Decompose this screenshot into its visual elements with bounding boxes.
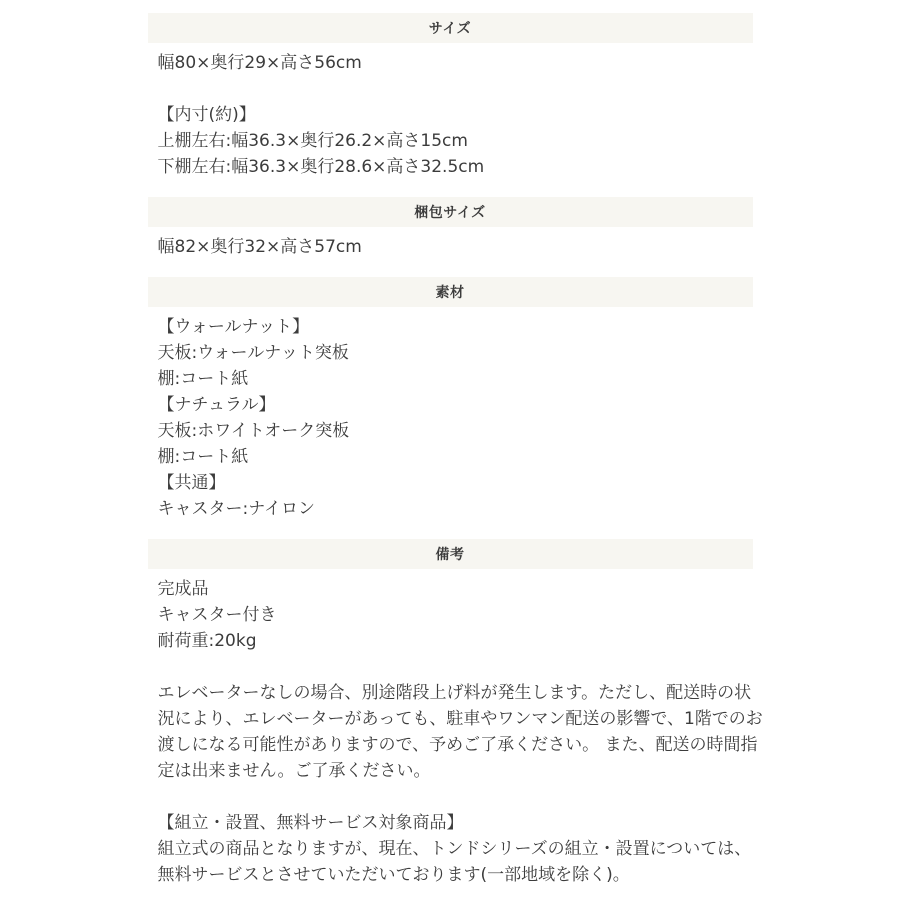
spec-line: 【共通】 (158, 470, 751, 496)
spec-line: エレベーターなしの場合、別途階段上げ料が発生します。ただし、配送時の状 (158, 680, 751, 706)
section-header-size: サイズ (148, 13, 753, 43)
section-package-size: 梱包サイズ 幅82×奥行32×高さ57cm (148, 197, 753, 260)
section-size: サイズ 幅80×奥行29×高さ56cm 【内寸(約)】 上棚左右:幅36.3×奥… (148, 13, 753, 180)
spec-line: 棚:コート紙 (158, 366, 751, 392)
spec-line: 耐荷重:20kg (158, 628, 751, 654)
section-title-notes: 備考 (436, 544, 465, 564)
spec-line: 完成品 (158, 576, 751, 602)
spec-line: キャスター:ナイロン (158, 496, 751, 522)
section-header-material: 素材 (148, 277, 753, 307)
section-header-package-size: 梱包サイズ (148, 197, 753, 227)
spec-line: 【組立・設置、無料サービス対象商品】 (158, 810, 751, 836)
spec-line: 上棚左右:幅36.3×奥行26.2×高さ15cm (158, 128, 751, 154)
section-title-package-size: 梱包サイズ (414, 202, 485, 222)
spec-line: 天板:ホワイトオーク突板 (158, 418, 751, 444)
spec-line: 幅82×奥行32×高さ57cm (158, 234, 751, 260)
section-header-notes: 備考 (148, 539, 753, 569)
spec-line: 無料サービスとさせていただいております(一部地域を除く)。 (158, 862, 751, 888)
spec-line: 幅80×奥行29×高さ56cm (158, 50, 751, 76)
spec-line: 【ナチュラル】 (158, 392, 751, 418)
product-spec-page: サイズ 幅80×奥行29×高さ56cm 【内寸(約)】 上棚左右:幅36.3×奥… (148, 0, 753, 888)
spec-line (158, 76, 751, 102)
spec-line (158, 654, 751, 680)
spec-line: 【内寸(約)】 (158, 102, 751, 128)
spec-line: 【ウォールナット】 (158, 314, 751, 340)
spec-line: 渡しになる可能性がありますので、予めご了承ください。 また、配送の時間指 (158, 732, 751, 758)
section-content-package-size: 幅82×奥行32×高さ57cm (148, 234, 753, 260)
spec-line: 定は出来ません。ご了承ください。 (158, 758, 751, 784)
section-content-size: 幅80×奥行29×高さ56cm 【内寸(約)】 上棚左右:幅36.3×奥行26.… (148, 50, 753, 180)
section-title-material: 素材 (436, 282, 465, 302)
spec-line: 天板:ウォールナット突板 (158, 340, 751, 366)
spec-line: 下棚左右:幅36.3×奥行28.6×高さ32.5cm (158, 154, 751, 180)
spec-line (158, 784, 751, 810)
spec-line: 棚:コート紙 (158, 444, 751, 470)
section-content-notes: 完成品 キャスター付き 耐荷重:20kg エレベーターなしの場合、別途階段上げ料… (148, 576, 753, 888)
section-title-size: サイズ (429, 18, 471, 38)
section-material: 素材 【ウォールナット】 天板:ウォールナット突板 棚:コート紙 【ナチュラル】… (148, 277, 753, 522)
section-notes: 備考 完成品 キャスター付き 耐荷重:20kg エレベーターなしの場合、別途階段… (148, 539, 753, 888)
spec-line: 組立式の商品となりますが、現在、トンドシリーズの組立・設置については、 (158, 836, 751, 862)
section-content-material: 【ウォールナット】 天板:ウォールナット突板 棚:コート紙 【ナチュラル】 天板… (148, 314, 753, 522)
spec-line: 況により、エレベーターがあっても、駐車やワンマン配送の影響で、1階でのお (158, 706, 751, 732)
spec-line: キャスター付き (158, 602, 751, 628)
